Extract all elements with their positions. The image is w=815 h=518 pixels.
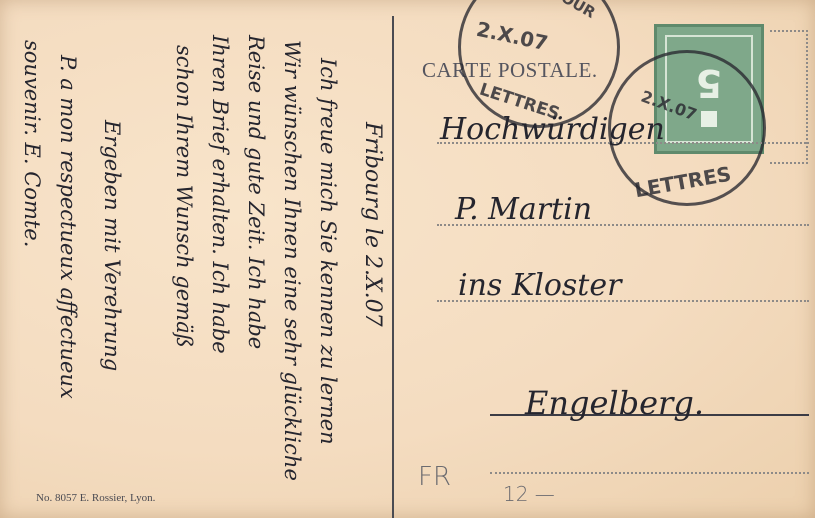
address-line-2: P. Martin [455, 192, 592, 227]
message-line: Ihren Brief erhalten. Ich habe [208, 35, 232, 354]
message-line: Ergeben mit Verehrung [100, 120, 124, 371]
postcard: Fribourg le 2.X.07 Ich freue mich Sie ke… [0, 0, 815, 518]
center-divider [392, 16, 394, 518]
address-line-1: Hochwürdigen [440, 112, 665, 147]
printer-imprint: No. 8057 E. Rossier, Lyon. [36, 492, 155, 504]
address-dotline [490, 472, 809, 474]
pencil-note-region: FR [418, 462, 451, 492]
message-line: P. a mon respectueux affectueux [56, 55, 80, 399]
message-line: Wir wünschen Ihnen eine sehr glückliche [280, 40, 304, 481]
message-place-date: Fribourg le 2.X.07 [360, 122, 385, 327]
pencil-note-price: 12 — [503, 482, 555, 506]
message-line: Reise und gute Zeit. Ich habe [244, 35, 268, 349]
address-line-3: ins Kloster [458, 268, 621, 303]
message-line: schon Ihrem Wunsch gemäß [172, 45, 196, 348]
message-line: souvenir. E. Comte. [20, 40, 44, 247]
address-line-4: Engelberg. [525, 384, 704, 422]
message-line: Ich freue mich Sie kennen zu lernen [316, 58, 340, 445]
